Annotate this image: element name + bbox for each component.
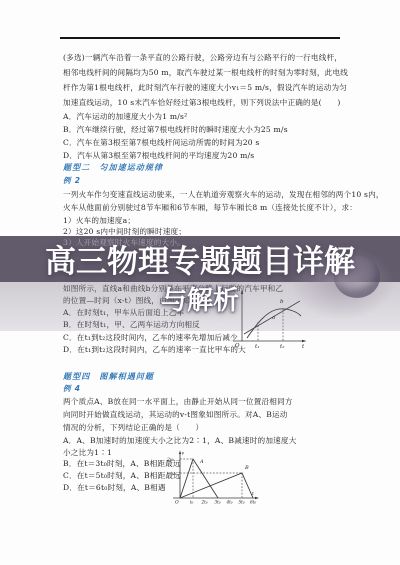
t-axis-arrow: [302, 340, 307, 343]
problem2-stem-line: 火车从他面前分别驶过8节车厢和6节车厢，每节车厢长8 m（连接处长度不计），求：: [63, 203, 357, 212]
banner-title-line2: 与解析: [0, 287, 400, 315]
section2-example-label: 例 2: [63, 176, 81, 185]
worksheet-page: (多选)一辆汽车沿着一条平直的公路行驶，公路旁边有与公路平行的一行电线杆， 相邻…: [0, 0, 400, 565]
3t0-tick: 3t₀: [215, 500, 221, 505]
problem1-option-c: C．汽车在第3根至第7根电线杆间运动所需的时间为20 s: [63, 138, 260, 147]
problem2-subquestion-1: 1）火车的加速度a；: [63, 216, 135, 225]
problem1-stem-line: 杆作为第1根电线杆，此时刻汽车行驶的速度大小v₁＝5 m/s，假设汽车的运动为匀: [63, 83, 347, 92]
t1-label: t₁: [255, 344, 259, 350]
problem1-stem-line: (多选)一辆汽车沿着一条平直的公路行驶，公路旁边有与公路平行的一行电线杆，: [63, 53, 342, 62]
section4-example-label: 例 4: [63, 384, 81, 393]
v-axis-label: v: [182, 452, 185, 457]
v0-tick-label: v₀: [172, 472, 177, 477]
velocity-time-graph: v t 2v₀ v₀ O t₀ 2t₀ 3t₀ 4t₀ 5t₀ 6t₀ A B: [165, 450, 260, 505]
problem4-stem-line: 情况的分析，下列结论正确的是（ ）: [63, 423, 203, 432]
origin-label: O: [235, 343, 240, 349]
line-A-label: A: [199, 459, 204, 465]
problem4-stem-line: 两个质点A、B放在同一水平面上，由静止开始从同一位置沿相同方: [63, 397, 293, 406]
problem1-option-a: A．汽车运动的加速度大小为1 m/s²: [63, 112, 187, 121]
2v0-tick-label: 2v₀: [166, 457, 174, 463]
particle-A-line: [180, 459, 218, 498]
problem4-option-c: C．在t＝5t₀时刻，A、B相距最远: [63, 471, 181, 480]
line-B-label: B: [244, 465, 249, 471]
5t0-tick: 5t₀: [239, 500, 245, 505]
problem3-option-c: C．在t₁到t₂这段时间内，乙车的速率先增加后减少: [63, 333, 238, 342]
problem1-stem-line: 加速直线运动，10 s末汽车恰好经过第3根电线杆，则下列说法中正确的是( ): [63, 98, 341, 107]
section4-header: 题型四 图解相遇问题: [63, 372, 154, 381]
problem4-option-b: B．在t＝3t₀时刻，A、B相距最远: [63, 459, 181, 468]
origin-label: O: [175, 500, 179, 506]
problem1-stem-line: 相邻电线杆间的间隔均为50 m，取汽车驶过某一根电线杆的时刻为零时刻，此电线: [63, 68, 348, 77]
problem1-option-b: B．汽车继续行驶，经过第7根电线杆时的瞬时速度大小为25 m/s: [63, 125, 288, 134]
top-divider-rule: [60, 37, 340, 39]
problem4-option-a-cont: 小之比为1∶1: [63, 448, 112, 457]
6t0-tick: 6t₀: [250, 500, 256, 505]
problem4-stem-line: 向同时开始做直线运动，其运动的v-t图象如图所示。对A、B运动: [63, 410, 288, 419]
problem2-stem-line: 一列火车作匀变速直线运动驶来，一人在轨道旁观察火车的运动，发现在相邻的两个10 …: [63, 190, 384, 199]
4t0-tick: 4t₀: [226, 500, 233, 505]
t2-label: t₂: [280, 344, 284, 350]
t0-tick: t₀: [190, 500, 194, 505]
banner-title-line1: 高三物理专题题目详解: [0, 245, 400, 279]
2t0-tick: 2t₀: [201, 500, 208, 505]
problem1-option-d: D．汽车从第3根至第7根电线杆间的平均速度为20 m/s: [63, 151, 254, 160]
t-axis-label: t: [302, 344, 305, 350]
section2-header: 题型二 匀加速运动规律: [63, 163, 163, 172]
problem4-option-a: A．A、B加速时的加速度大小之比为2∶1，A、B减速时的加速度大: [63, 436, 297, 445]
t-axis-label: t: [252, 491, 254, 497]
problem4-option-d: D．在t＝6t₀时刻，A、B相遇: [63, 483, 166, 492]
problem3-option-d: D．在t₁到t₂这段时间内，乙车的速率一直比甲车的大: [63, 345, 246, 354]
problem2-subquestion-2: 2）这20 s内中间时刻的瞬时速度；: [63, 227, 186, 236]
